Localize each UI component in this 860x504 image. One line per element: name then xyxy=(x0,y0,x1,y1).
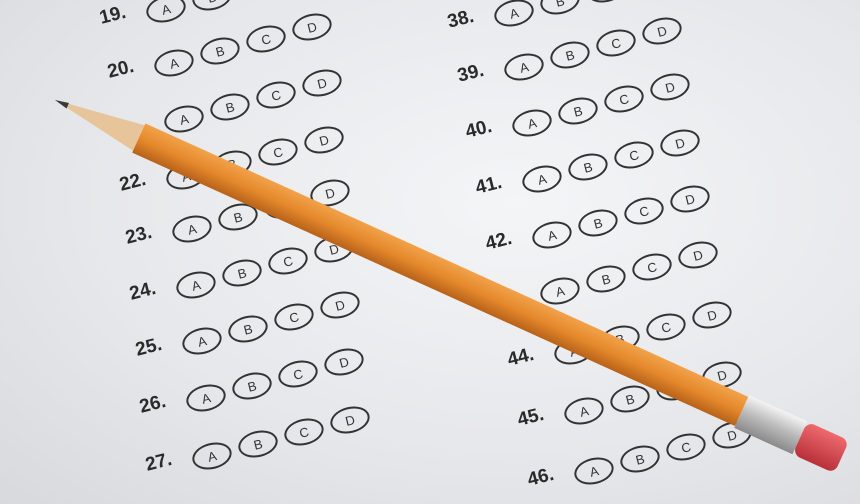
answer-bubble-d: D xyxy=(675,238,720,273)
answer-bubble-a: A xyxy=(163,159,208,194)
answer-bubble-b: B xyxy=(235,427,280,462)
answer-bubble-a: A xyxy=(151,46,196,81)
answer-bubble-d: D xyxy=(299,66,344,101)
answer-bubble-c: C xyxy=(261,188,306,223)
photo-scene: 19.ABCD20.ABCDABCD22.ABCD23.ABCD24.ABCD2… xyxy=(0,0,860,504)
question-number: 42. xyxy=(483,228,514,256)
answer-bubble-d: D xyxy=(321,345,366,380)
answer-bubble-c: C xyxy=(255,135,300,170)
answer-bubble-b: B xyxy=(617,442,662,477)
answer-bubble-d: D xyxy=(317,288,362,323)
answer-bubble-a: A xyxy=(491,0,536,30)
answer-bubble-c: C xyxy=(663,430,708,465)
answer-bubble-a: A xyxy=(571,454,616,489)
question-number: 23. xyxy=(123,222,154,250)
answer-bubble-b: B xyxy=(207,90,252,125)
answer-bubble-d: D xyxy=(657,126,702,161)
answer-bubble-c: C xyxy=(593,26,638,61)
answer-bubble-b: B xyxy=(219,256,264,291)
answer-bubble-c: C xyxy=(601,82,646,117)
answer-bubble-d: D xyxy=(289,10,334,45)
answer-bubble-a: A xyxy=(189,439,234,474)
answer-bubble-c: C xyxy=(275,357,320,392)
answer-bubble-b: B xyxy=(229,369,274,404)
answer-bubble-b: B xyxy=(209,147,254,182)
answer-bubble-d: D xyxy=(667,182,712,217)
answer-bubble-b: B xyxy=(583,262,628,297)
answer-bubble-a: A xyxy=(169,212,214,247)
answer-bubble-a: A xyxy=(537,274,582,309)
answer-bubble-a: A xyxy=(173,268,218,303)
answer-bubble-c: C xyxy=(271,300,316,335)
question-number: 46. xyxy=(525,464,556,492)
question-number: 20. xyxy=(105,56,136,84)
answer-bubble-c: C xyxy=(235,0,280,2)
answer-bubble-c: C xyxy=(629,250,674,285)
answer-bubble-b: B xyxy=(597,322,642,357)
answer-bubble-c: C xyxy=(653,370,698,405)
answer-bubble-c: C xyxy=(621,194,666,229)
answer-bubble-d: D xyxy=(699,358,744,393)
answer-bubble-b: B xyxy=(547,38,592,73)
question-number: 22. xyxy=(117,169,148,197)
question-number: 38. xyxy=(445,6,476,34)
answer-bubble-b: B xyxy=(215,200,260,235)
answer-sheet: 19.ABCD20.ABCDABCD22.ABCD23.ABCD24.ABCD2… xyxy=(0,0,860,504)
answer-bubble-a: A xyxy=(501,50,546,85)
answer-bubble-a: A xyxy=(561,394,606,429)
answer-bubble-c: C xyxy=(265,244,310,279)
answer-bubble-c: C xyxy=(253,78,298,113)
answer-bubble-a: A xyxy=(519,162,564,197)
answer-bubble-a: A xyxy=(143,0,188,26)
answer-bubble-a: A xyxy=(551,334,596,369)
answer-bubble-d: D xyxy=(709,418,754,453)
answer-bubble-d: D xyxy=(689,298,734,333)
answer-bubble-b: B xyxy=(537,0,582,18)
answer-bubble-c: C xyxy=(583,0,628,6)
answer-bubble-b: B xyxy=(225,312,270,347)
answer-bubble-a: A xyxy=(179,324,224,359)
question-number: 40. xyxy=(463,116,494,144)
answer-bubble-b: B xyxy=(555,94,600,129)
answer-bubble-b: B xyxy=(189,0,234,14)
question-number: 25. xyxy=(133,334,164,362)
answer-bubble-a: A xyxy=(509,106,554,141)
answer-bubble-a: A xyxy=(161,102,206,137)
question-number: 24. xyxy=(127,278,158,306)
answer-bubble-d: D xyxy=(647,70,692,105)
answer-bubble-d: D xyxy=(639,14,684,49)
answer-bubble-d: D xyxy=(311,232,356,267)
answer-bubble-d: D xyxy=(301,123,346,158)
answer-bubble-c: C xyxy=(611,138,656,173)
question-number: 39. xyxy=(455,60,486,88)
answer-bubble-d: D xyxy=(307,176,352,211)
question-number: 45. xyxy=(515,404,546,432)
question-number: 19. xyxy=(97,2,128,30)
answer-bubble-a: A xyxy=(183,381,228,416)
question-number: 26. xyxy=(137,391,168,419)
answer-bubble-d: D xyxy=(327,403,372,438)
question-number: 44. xyxy=(505,344,536,372)
question-number: 27. xyxy=(143,449,174,477)
answer-bubble-b: B xyxy=(565,150,610,185)
answer-bubble-b: B xyxy=(197,34,242,69)
answer-bubble-b: B xyxy=(607,382,652,417)
answer-bubble-b: B xyxy=(575,206,620,241)
answer-bubble-a: A xyxy=(529,218,574,253)
question-number: 41. xyxy=(473,172,504,200)
answer-bubble-c: C xyxy=(643,310,688,345)
answer-bubble-c: C xyxy=(243,22,288,57)
answer-bubble-c: C xyxy=(281,415,326,450)
